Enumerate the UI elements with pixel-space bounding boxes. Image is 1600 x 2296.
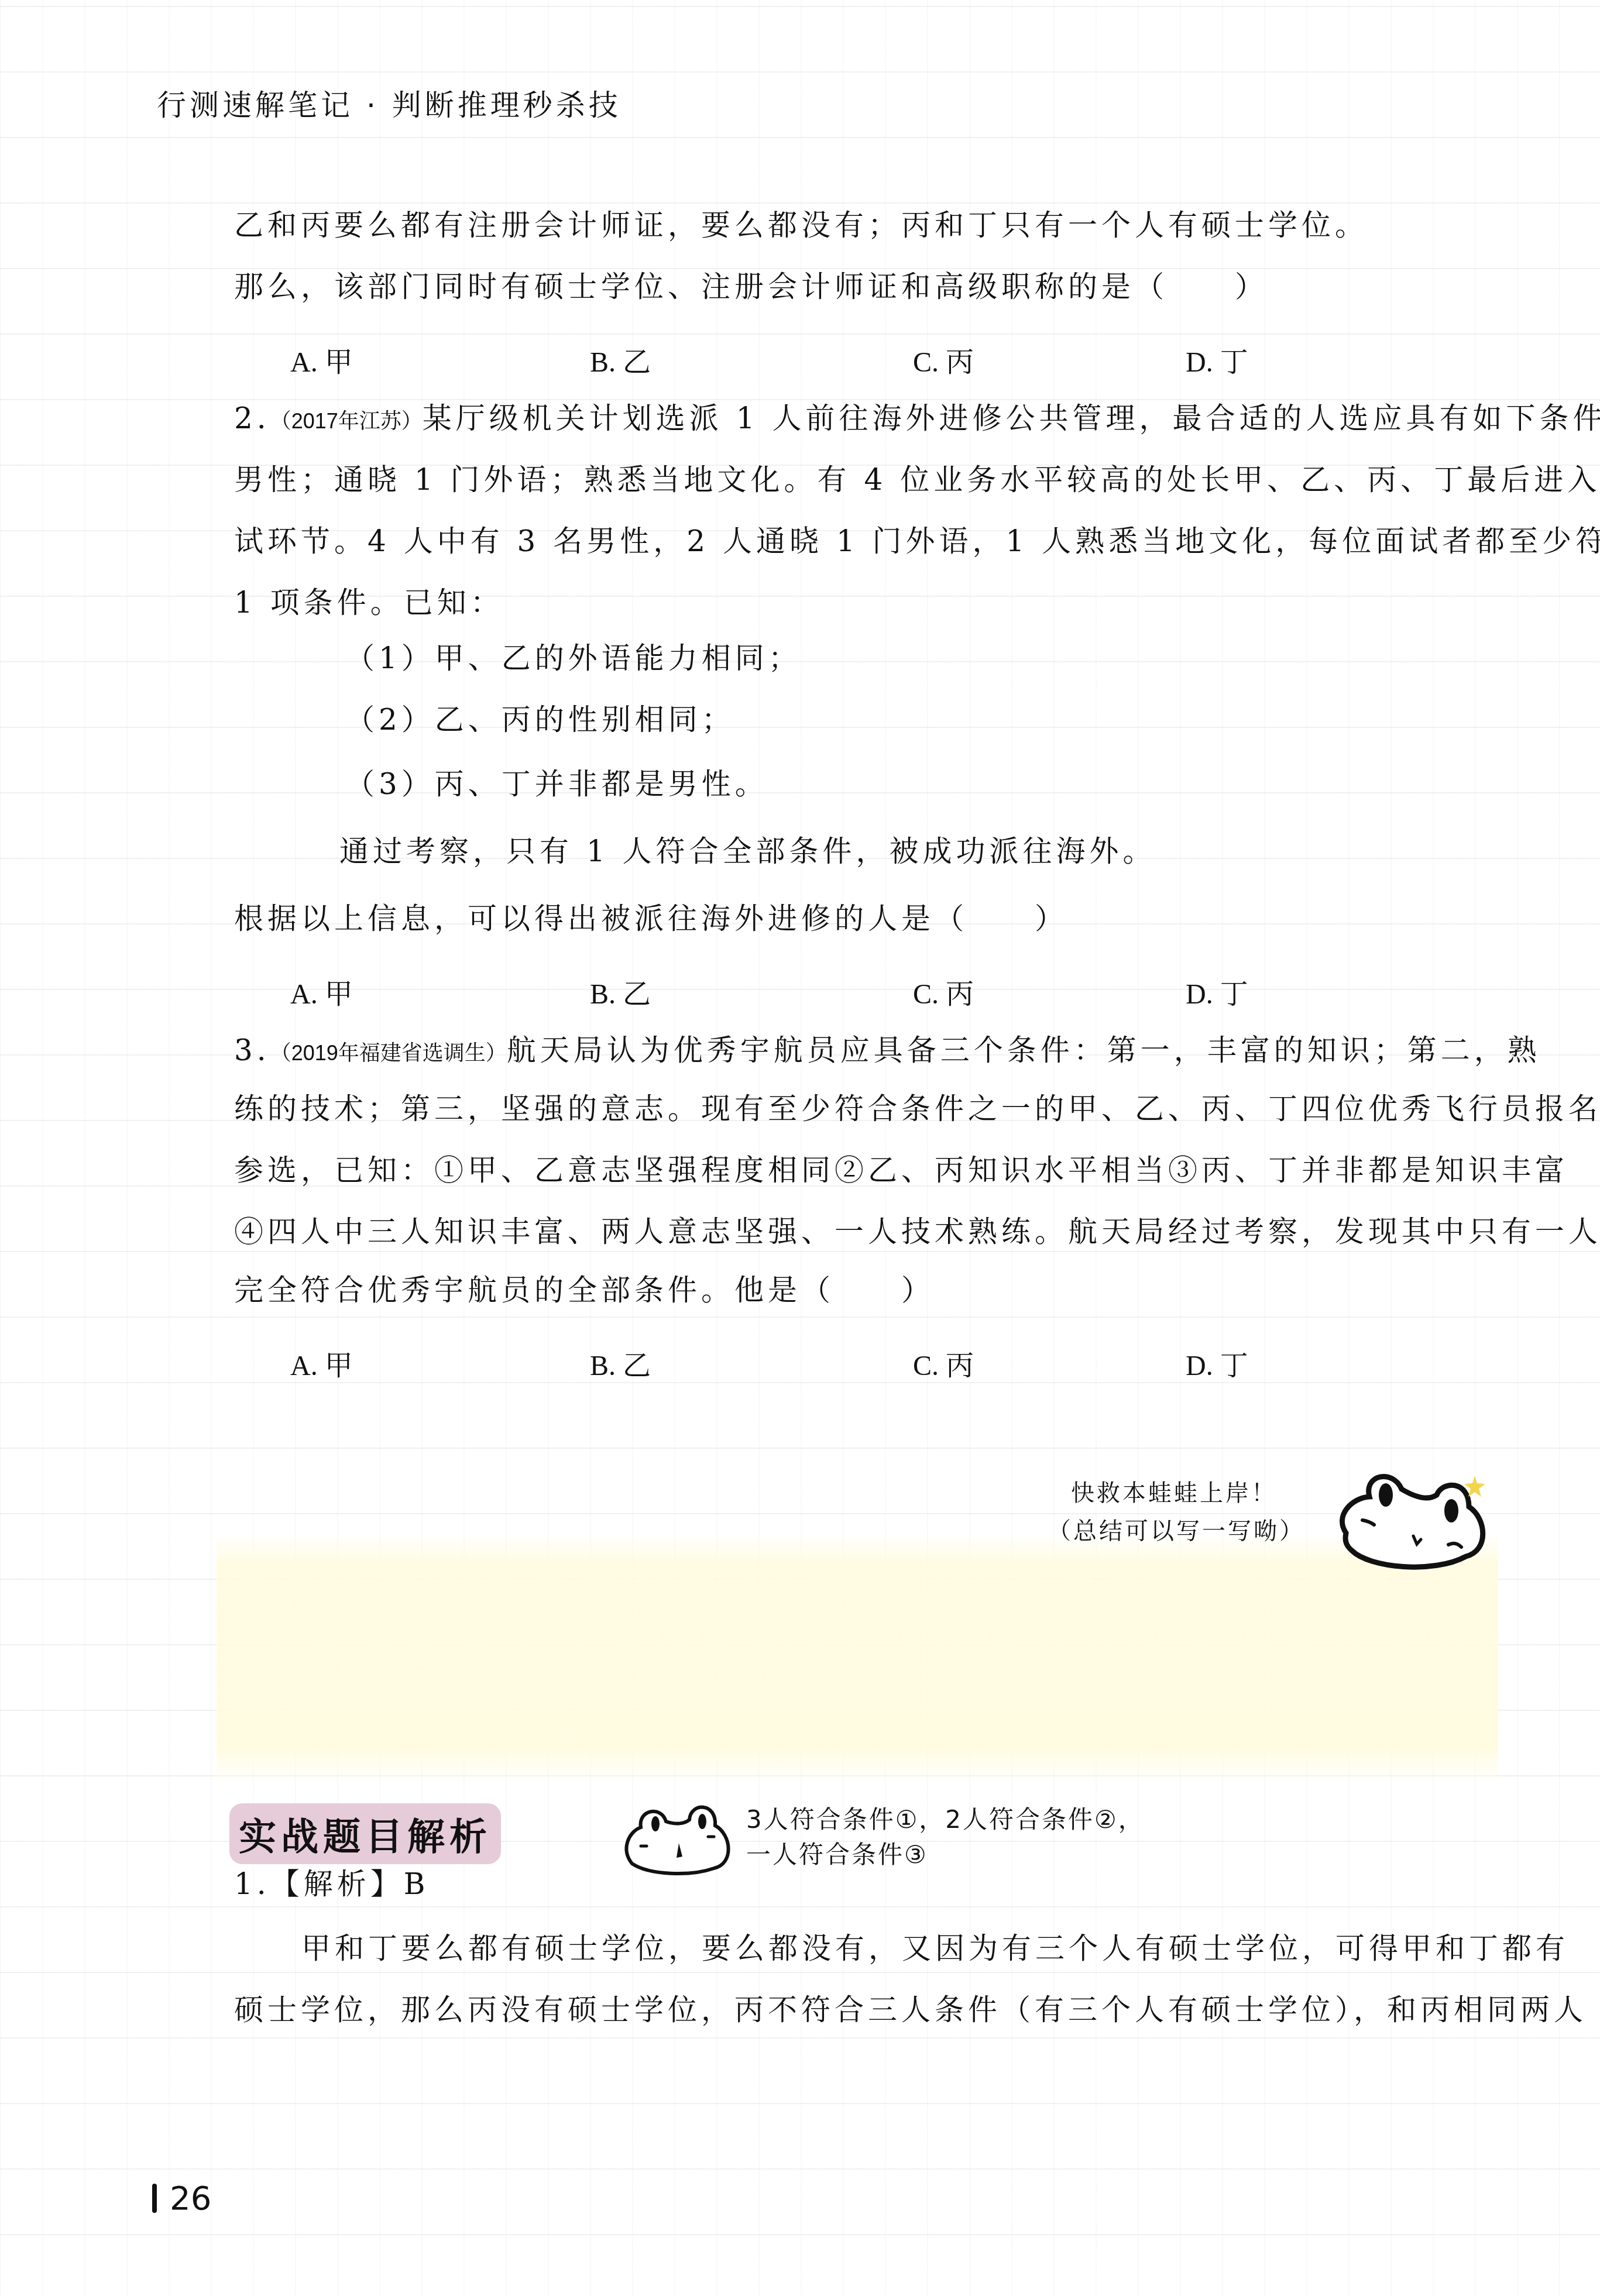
q2-choice-a[interactable]: A. 甲 — [290, 971, 353, 1012]
q1-choices: A. 甲 B. 乙 C. 丙 D. 丁 — [290, 339, 1344, 374]
q2-condition-1: （1）甲、乙的外语能力相同； — [345, 644, 802, 673]
q1-choice-a[interactable]: A. 甲 — [290, 339, 353, 380]
q3-choice-d[interactable]: D. 丁 — [1186, 1343, 1248, 1383]
q2-prompt: 根据以上信息，可以得出被派往海外进修的人是（ ） — [234, 904, 1068, 933]
q3-choice-b[interactable]: B. 乙 — [590, 1343, 651, 1383]
q3-choices: A. 甲 B. 乙 C. 丙 D. 丁 — [290, 1343, 1344, 1378]
running-header: 行测速解笔记 · 判断推理秒杀技 — [157, 82, 622, 124]
page-number: 26 — [152, 2180, 211, 2218]
q3-line-1: 航天局认为优秀宇航员应具备三个条件：第一，丰富的知识；第二，熟 — [507, 1033, 1541, 1067]
q3-text-line-4: ④四人中三人知识丰富、两人意志坚强、一人技术熟练。航天局经过考察，发现其中只有一… — [234, 1217, 1600, 1246]
summary-note-line-1: 快救本蛙蛙上岸！ — [1071, 1474, 1277, 1508]
q3-prompt: 完全符合优秀宇航员的全部条件。他是（ ） — [234, 1276, 935, 1305]
page-number-value: 26 — [170, 2180, 211, 2218]
q2-text-line-1: 2.（2017年江苏）某厅级机关计划选派 1 人前往海外进修公共管理，最合适的人… — [234, 404, 1600, 433]
analysis-item-1-line-2: 硕士学位，那么丙没有硕士学位，丙不符合三人条件（有三个人有硕士学位），和丙相同两… — [234, 1995, 1587, 2025]
q2-text-line-4: 1 项条件。已知： — [234, 588, 504, 617]
q1-prompt: 那么，该部门同时有硕士学位、注册会计师证和高级职称的是（ ） — [234, 272, 1268, 301]
analysis-item-1-line-1: 甲和丁要么都有硕士学位，要么都没有，又因为有三个人有硕士学位，可得甲和丁都有 — [301, 1934, 1569, 1963]
q2-choice-b[interactable]: B. 乙 — [590, 971, 651, 1012]
q2-condition-2: （2）乙、丙的性别相同； — [345, 705, 735, 734]
q2-number: 2. — [234, 401, 270, 435]
q3-text-line-3: 参选，已知：①甲、乙意志坚强程度相同②乙、丙知识水平相当③丙、丁并非都是知识丰富 — [234, 1156, 1568, 1185]
analysis-item-1-label: 1.【解析】B — [234, 1869, 429, 1899]
page-number-bar — [152, 2184, 157, 2213]
summary-note-line-2: （总结可以写一写呦） — [1048, 1513, 1305, 1546]
q2-text-line-2: 男性；通晓 1 门外语；熟悉当地文化。有 4 位业务水平较高的处长甲、乙、丙、丁… — [234, 465, 1600, 494]
frog-note-line-2: 一人符合条件③ — [746, 1837, 1145, 1872]
q2-source: （2017年江苏） — [270, 409, 423, 433]
summary-note-area[interactable] — [217, 1533, 1498, 1785]
q3-source: （2019年福建省选调生） — [270, 1041, 507, 1065]
q2-text-line-3: 试环节。4 人中有 3 名男性，2 人通晓 1 门外语，1 人熟悉当地文化，每位… — [234, 527, 1600, 556]
q1-choice-b[interactable]: B. 乙 — [590, 339, 651, 380]
frog-note-line-1: 3人符合条件①，2人符合条件②， — [746, 1802, 1145, 1837]
star-icon — [1463, 1474, 1486, 1498]
q3-choice-a[interactable]: A. 甲 — [290, 1343, 353, 1383]
q3-text-line-1: 3.（2019年福建省选调生）航天局认为优秀宇航员应具备三个条件：第一，丰富的知… — [234, 1036, 1541, 1065]
q2-line-1: 某厅级机关计划选派 1 人前往海外进修公共管理，最合适的人选应具有如下条件： — [423, 401, 1600, 435]
q2-result: 通过考察，只有 1 人符合全部条件，被成功派往海外。 — [339, 837, 1156, 866]
q1-text-line-1: 乙和丙要么都有注册会计师证，要么都没有；丙和丁只有一个人有硕士学位。 — [234, 211, 1368, 240]
frog-small-icon — [620, 1799, 743, 1881]
q1-choice-c[interactable]: C. 丙 — [913, 339, 974, 380]
q3-text-line-2: 练的技术；第三，坚强的意志。现有至少符合条件之一的甲、乙、丙、丁四位优秀飞行员报… — [234, 1094, 1600, 1123]
q3-choice-c[interactable]: C. 丙 — [913, 1343, 974, 1383]
q1-choice-d[interactable]: D. 丁 — [1186, 339, 1248, 380]
q2-choice-d[interactable]: D. 丁 — [1186, 971, 1248, 1012]
q3-number: 3. — [234, 1033, 270, 1067]
q2-condition-3: （3）丙、丁并非都是男性。 — [345, 769, 768, 799]
section-heading-analysis: 实战题目解析 — [229, 1803, 501, 1864]
frog-note: 3人符合条件①，2人符合条件②， 一人符合条件③ — [746, 1802, 1145, 1872]
q2-choices: A. 甲 B. 乙 C. 丙 D. 丁 — [290, 971, 1344, 1006]
q2-choice-c[interactable]: C. 丙 — [913, 971, 974, 1012]
